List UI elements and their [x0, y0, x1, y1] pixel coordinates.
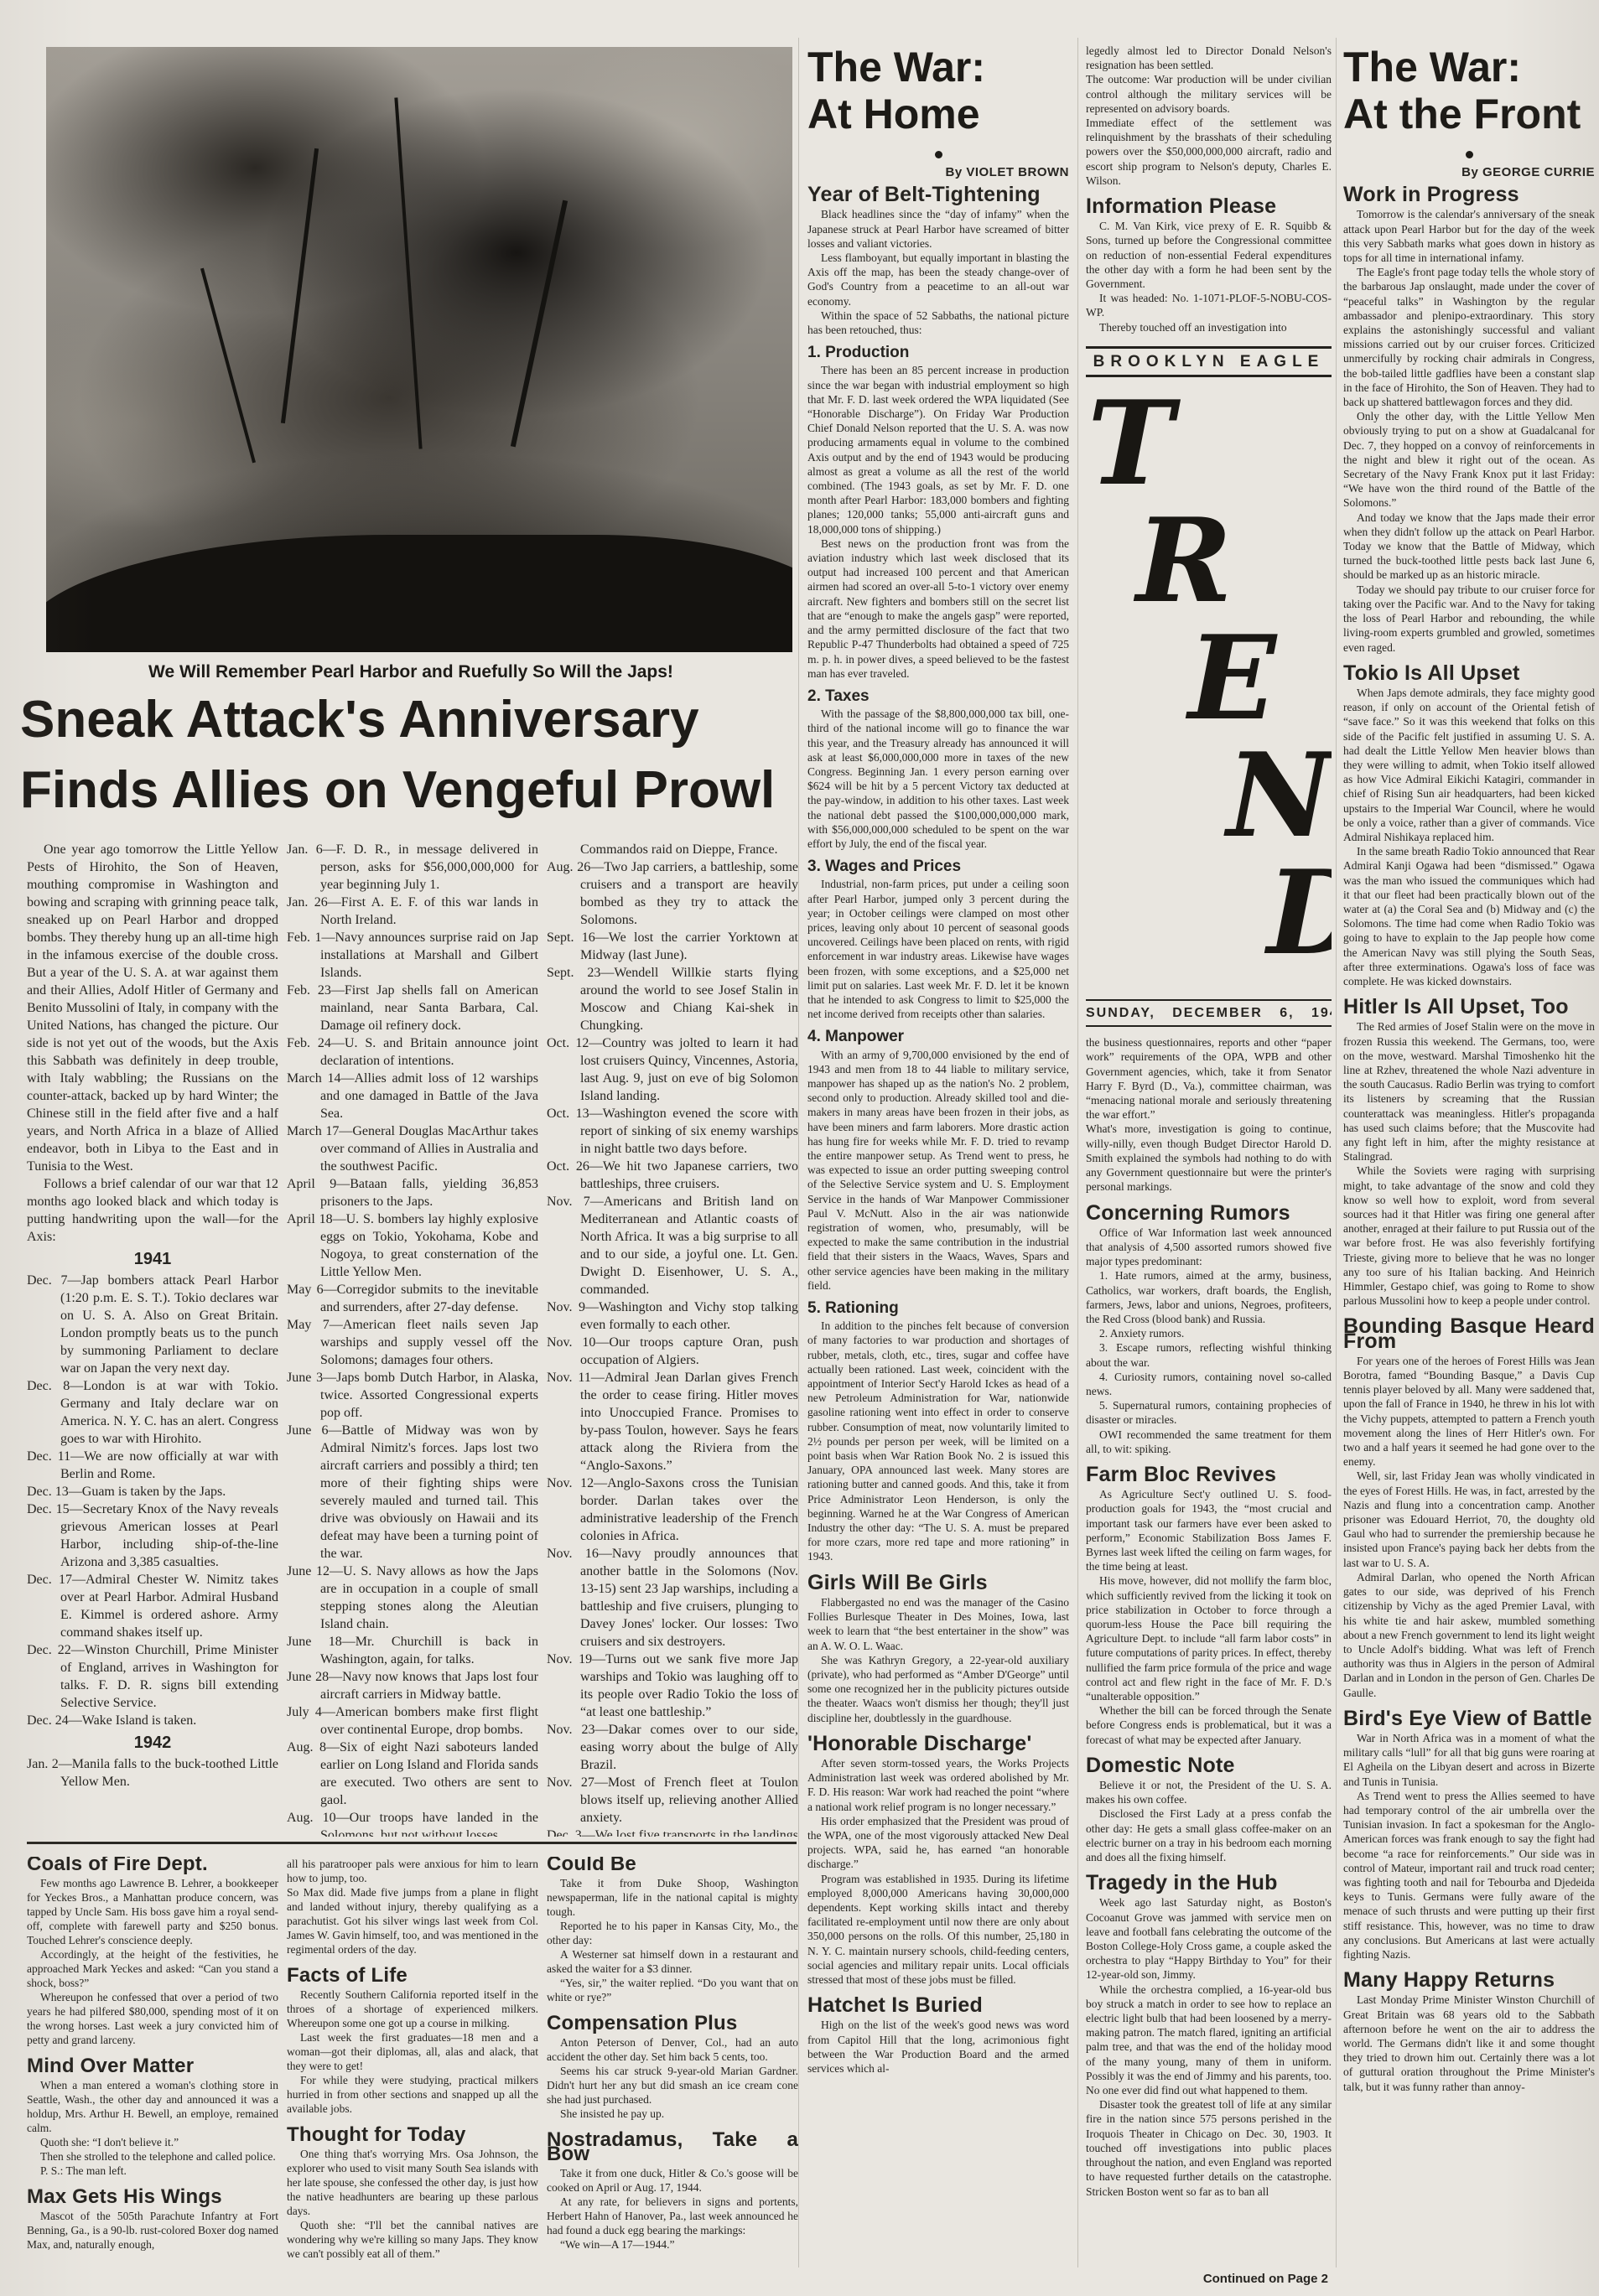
feature-paragraph: Quoth she: “I'll bet the cannibal native…: [287, 2218, 538, 2261]
section-body: With the passage of the $8,800,000,000 t…: [807, 707, 1069, 851]
section-heading-tokio: Tokio Is All Upset: [1343, 666, 1595, 681]
section-heading-tragedy: Tragedy in the Hub: [1086, 1876, 1332, 1890]
timeline-entry: Oct. 26—We hit two Japanese carriers, tw…: [547, 1158, 798, 1193]
body-paragraph: The outcome: War production will be unde…: [1086, 72, 1332, 116]
lead-column-3: Commandos raid on Dieppe, France. Aug. 2…: [547, 841, 798, 1837]
section-heading-max: Max Gets His Wings: [27, 2190, 278, 2204]
features-column-3: Could Be Take it from Duke Shoop, Washin…: [547, 1857, 798, 2293]
section-heading-information-please: Information Please: [1086, 200, 1332, 214]
timeline-1941: Dec. 7—Jap bombers attack Pearl Harbor (…: [27, 1272, 278, 1729]
timeline-entry: Nov. 23—Dakar comes over to our side, ea…: [547, 1721, 798, 1774]
body-paragraph: In addition to the pinches felt because …: [807, 1319, 1069, 1563]
body-paragraph: While the Soviets were raging with surpr…: [1343, 1164, 1595, 1308]
body-paragraph: As Trend went to press the Allies seemed…: [1343, 1789, 1595, 1962]
section-heading-facts: Facts of Life: [287, 1968, 538, 1982]
section-body: When a man entered a woman's clothing st…: [27, 2078, 278, 2178]
section-heading-could: Could Be: [547, 1857, 798, 1871]
section-heading-rationing: 5. Rationing: [807, 1301, 1069, 1315]
trend-letter-d: D: [1267, 855, 1332, 971]
section-body: High on the list of the week's good news…: [807, 2018, 1069, 2076]
section-body: Last Monday Prime Minister Winston Churc…: [1343, 1993, 1595, 2093]
timeline-entry: Nov. 19—Turns out we sank five more Jap …: [547, 1651, 798, 1721]
body-paragraph: It was headed: No. 1-1071-PLOF-5-NOBU-CO…: [1086, 291, 1332, 319]
section-body: The Red armies of Josef Stalin were on t…: [1343, 1019, 1595, 1308]
section-heading-returns: Many Happy Returns: [1343, 1973, 1595, 1988]
body-paragraph: Black headlines since the “day of infamy…: [807, 207, 1069, 251]
continued-on-page-2: Continued on Page 2: [1195, 2272, 1328, 2286]
timeline-entry: June 18—Mr. Churchill is back in Washing…: [287, 1633, 538, 1668]
column-rule: [1077, 38, 1078, 2267]
column-rule: [1336, 38, 1337, 2267]
ship-mast: [511, 200, 568, 448]
trend-letter-r: R: [1136, 503, 1233, 619]
timeline-entry: Aug. 8—Six of eight Nazi saboteurs lande…: [287, 1739, 538, 1809]
timeline-entry: April 18—U. S. bombers lay highly explos…: [287, 1210, 538, 1281]
byline-violet-brown: By VIOLET BROWN: [807, 165, 1069, 179]
timeline-entry: Oct. 13—Washington evened the score with…: [547, 1105, 798, 1158]
body-paragraph: Disaster took the greatest toll of life …: [1086, 2097, 1332, 2198]
timeline-entry: Dec. 15—Secretary Knox of the Navy revea…: [27, 1500, 278, 1571]
feature-paragraph: “We win—A 17—1944.”: [547, 2237, 798, 2252]
body-paragraph: C. M. Van Kirk, vice prexy of E. R. Squi…: [1086, 219, 1332, 291]
feature-paragraph: Take it from Duke Shoop, Washington news…: [547, 1876, 798, 1919]
feature-paragraph: So Max did. Made five jumps from a plane…: [287, 1885, 538, 1957]
timeline-entry: Dec. 11—We are now officially at war wit…: [27, 1448, 278, 1483]
timeline-entry: Oct. 12—Country was jolted to learn it h…: [547, 1034, 798, 1105]
section-body: In addition to the pinches felt because …: [807, 1319, 1069, 1563]
body-paragraph: Well, sir, last Friday Jean was wholly v…: [1343, 1469, 1595, 1569]
body-paragraph: legedly almost led to Director Donald Ne…: [1086, 44, 1332, 72]
section-body: War in North Africa was in a moment of w…: [1343, 1731, 1595, 1962]
trend-logo: T R E N D: [1086, 381, 1332, 999]
section-body: Mascot of the 505th Parachute Infantry a…: [27, 2209, 278, 2252]
section-body: Tomorrow is the calendar's anniversary o…: [1343, 207, 1595, 654]
section-heading-taxes: 2. Taxes: [807, 689, 1069, 703]
war-at-front-title-line2: At the Front: [1343, 91, 1595, 137]
body-paragraph: She was Kathryn Gregory, a 22-year-old a…: [807, 1653, 1069, 1725]
timeline-entry: Sept. 16—We lost the carrier Yorktown at…: [547, 929, 798, 964]
features-column-1: Coals of Fire Dept. Few months ago Lawre…: [27, 1857, 278, 2293]
timeline-entry: Nov. 27—Most of French fleet at Toulon b…: [547, 1774, 798, 1827]
date-line: SUNDAY, DECEMBER 6, 1942: [1086, 999, 1332, 1027]
war-at-front-column: The War: At the Front By GEORGE CURRIE W…: [1343, 44, 1595, 2294]
ship-mast: [281, 148, 319, 423]
ship-mast: [200, 268, 256, 464]
bullet-icon: [1466, 151, 1473, 158]
timeline-entry: June 28—Navy now knows that Japs lost fo…: [287, 1668, 538, 1703]
feature-paragraph: Take it from one duck, Hitler & Co.'s go…: [547, 2166, 798, 2195]
timeline-entry: Aug. 10—Our troops have landed in the So…: [287, 1809, 538, 1837]
section-body: When Japs demote admirals, they face mig…: [1343, 686, 1595, 988]
section-body: Anton Peterson of Denver, Col., had an a…: [547, 2035, 798, 2121]
section-body: Believe it or not, the President of the …: [1086, 1778, 1332, 1864]
feature-paragraph: Last week the first graduates—18 men and…: [287, 2030, 538, 2073]
trend-letter-n: N: [1227, 738, 1332, 853]
timeline-entry: Feb. 23—First Jap shells fall on America…: [287, 982, 538, 1034]
feature-paragraph: Reported he to his paper in Kansas City,…: [547, 1919, 798, 1947]
timeline-entry: Jan. 2—Manila falls to the buck-toothed …: [27, 1755, 278, 1791]
timeline-entry: Dec. 3—We lost five transports in the la…: [547, 1827, 798, 1837]
section-heading-compensation: Compensation Plus: [547, 2016, 798, 2030]
body-paragraph: Immediate effect of the settlement was r…: [1086, 116, 1332, 188]
section-body: One thing that's worrying Mrs. Osa Johns…: [287, 2147, 538, 2261]
feature-paragraph: One thing that's worrying Mrs. Osa Johns…: [287, 2147, 538, 2218]
rumor-list: 1. Hate rumors, aimed at the army, busin…: [1086, 1268, 1332, 1427]
timeline-entry: Dec. 24—Wake Island is taken.: [27, 1712, 278, 1729]
timeline-entry: April 9—Bataan falls, yielding 36,853 pr…: [287, 1175, 538, 1210]
feature-paragraph: She insisted he pay up.: [547, 2107, 798, 2121]
trend-column: legedly almost led to Director Donald Ne…: [1086, 44, 1332, 2294]
body-paragraph: Week ago last Saturday night, as Boston'…: [1086, 1895, 1332, 1982]
column-rule: [798, 38, 799, 2267]
body-paragraph: Industrial, non-farm prices, put under a…: [807, 877, 1069, 1021]
newspaper-page: We Will Remember Pearl Harbor and Rueful…: [0, 0, 1599, 2296]
section-body: Industrial, non-farm prices, put under a…: [807, 877, 1069, 1021]
body-paragraph: What's more, investigation is going to c…: [1086, 1122, 1332, 1194]
section-heading-honorable: 'Honorable Discharge': [807, 1737, 1069, 1751]
timeline-entry: May 7—American fleet nails seven Jap war…: [287, 1316, 538, 1369]
body-paragraph: Best news on the production front was fr…: [807, 536, 1069, 681]
body-paragraph: High on the list of the week's good news…: [807, 2018, 1069, 2076]
timeline-entry: Jan. 6—F. D. R., in message delivered in…: [287, 841, 538, 894]
section-body: Few months ago Lawrence B. Lehrer, a boo…: [27, 1876, 278, 2047]
section-body: Flabbergasted no end was the manager of …: [807, 1595, 1069, 1725]
section-heading-belt: Year of Belt-Tightening: [807, 188, 1069, 202]
body-paragraph: Office of War Information last week anno…: [1086, 1226, 1332, 1269]
timeline-entry: Feb. 24—U. S. and Britain announce joint…: [287, 1034, 538, 1070]
timeline-entry: Nov. 9—Washington and Vichy stop talking…: [547, 1298, 798, 1334]
feature-paragraph: Few months ago Lawrence B. Lehrer, a boo…: [27, 1876, 278, 1947]
body-paragraph: As Agriculture Sect'y outlined U. S. foo…: [1086, 1487, 1332, 1573]
main-headline-line1: Sneak Attack's Anniversary: [20, 690, 800, 749]
body-paragraph: In the same breath Radio Tokio announced…: [1343, 844, 1595, 988]
feature-paragraph: Mascot of the 505th Parachute Infantry a…: [27, 2209, 278, 2252]
body-paragraph: The Eagle's front page today tells the w…: [1343, 265, 1595, 409]
timeline-entry: June 12—U. S. Navy allows as how the Jap…: [287, 1563, 538, 1633]
timeline-entry: Nov. 11—Admiral Jean Darlan gives French…: [547, 1369, 798, 1475]
feature-paragraph: Seems his car struck 9-year-old Marian G…: [547, 2064, 798, 2107]
war-at-front-title-line1: The War:: [1343, 44, 1595, 91]
body-paragraph: And today we know that the Japs made the…: [1343, 511, 1595, 583]
section-body: There has been an 85 percent increase in…: [807, 363, 1069, 680]
lead-column-2: Jan. 6—F. D. R., in message delivered in…: [287, 841, 538, 1837]
body-paragraph: War in North Africa was in a moment of w…: [1343, 1731, 1595, 1789]
section-divider-rule: [27, 1842, 797, 1844]
intro-paragraph: One year ago tomorrow the Little Yellow …: [27, 841, 278, 1175]
section-heading-basque: Bounding Basque Heard From: [1343, 1319, 1595, 1348]
body-paragraph: When Japs demote admirals, they face mig…: [1343, 686, 1595, 844]
section-heading-nostradamus: Nostradamus, Take a Bow: [547, 2133, 798, 2161]
continuation-text: the business questionnaires, reports and…: [1086, 1035, 1332, 1194]
lead-intro: One year ago tomorrow the Little Yellow …: [27, 841, 278, 1246]
section-heading-hitler: Hitler Is All Upset, Too: [1343, 1000, 1595, 1014]
lead-column-1: One year ago tomorrow the Little Yellow …: [27, 841, 278, 1837]
feature-paragraph: Anton Peterson of Denver, Col., had an a…: [547, 2035, 798, 2064]
body-paragraph: After seven storm-tossed years, the Work…: [807, 1756, 1069, 1814]
section-heading-rumors: Concerning Rumors: [1086, 1206, 1332, 1221]
body-paragraph: Believe it or not, the President of the …: [1086, 1778, 1332, 1806]
section-heading-coals: Coals of Fire Dept.: [27, 1857, 278, 1871]
feature-paragraph: Recently Southern California reported it…: [287, 1988, 538, 2030]
body-paragraph: His move, however, did not mollify the f…: [1086, 1573, 1332, 1703]
year-heading-1941: 1941: [27, 1251, 278, 1268]
body-paragraph: Tomorrow is the calendar's anniversary o…: [1343, 207, 1595, 265]
section-heading-wages: 3. Wages and Prices: [807, 859, 1069, 873]
timeline-entry: July 4—American bombers make first fligh…: [287, 1703, 538, 1739]
feature-paragraph: Then she strolled to the telephone and c…: [27, 2149, 278, 2164]
intro-paragraph: Follows a brief calendar of our war that…: [27, 1175, 278, 1246]
section-body: After seven storm-tossed years, the Work…: [807, 1756, 1069, 1987]
body-paragraph: There has been an 85 percent increase in…: [807, 363, 1069, 536]
timeline-entry: Aug. 26—Two Jap carriers, a battleship, …: [547, 858, 798, 929]
body-paragraph: OWI recommended the same treatment for t…: [1086, 1428, 1332, 1456]
war-at-home-title-line1: The War:: [807, 44, 1069, 91]
year-heading-1942: 1942: [27, 1734, 278, 1752]
timeline-continuation: Commandos raid on Dieppe, France.: [547, 841, 798, 858]
section-body: With an army of 9,700,000 envisioned by …: [807, 1048, 1069, 1293]
continuation-text: legedly almost led to Director Donald Ne…: [1086, 44, 1332, 188]
feature-paragraph: P. S.: The man left.: [27, 2164, 278, 2178]
timeline-entry: Nov. 7—Americans and British land on Med…: [547, 1193, 798, 1298]
publication-name: BROOKLYN EAGLE: [1086, 346, 1332, 377]
rumor-item: 1. Hate rumors, aimed at the army, busin…: [1086, 1268, 1332, 1326]
section-continuation: all his paratrooper pals were anxious fo…: [287, 1857, 538, 1957]
feature-paragraph: Quoth she: “I don't believe it.”: [27, 2135, 278, 2149]
section-heading-production: 1. Production: [807, 345, 1069, 360]
section-heading-thought: Thought for Today: [287, 2128, 538, 2142]
timeline-entry: Feb. 1—Navy announces surprise raid on J…: [287, 929, 538, 982]
section-body: As Agriculture Sect'y outlined U. S. foo…: [1086, 1487, 1332, 1747]
body-paragraph: Program was established in 1935. During …: [807, 1872, 1069, 1988]
timeline-entry: March 17—General Douglas MacArthur takes…: [287, 1122, 538, 1175]
timeline-entry: Nov. 12—Anglo-Saxons cross the Tunisian …: [547, 1475, 798, 1545]
main-headline-line2: Finds Allies on Vengeful Prowl: [20, 760, 800, 820]
body-paragraph: The Red armies of Josef Stalin were on t…: [1343, 1019, 1595, 1164]
feature-paragraph: all his paratrooper pals were anxious fo…: [287, 1857, 538, 1885]
byline-george-currie: By GEORGE CURRIE: [1343, 165, 1595, 179]
ship-mast: [394, 97, 422, 448]
feature-paragraph: Accordingly, at the height of the festiv…: [27, 1947, 278, 1990]
bullet-icon: [935, 151, 942, 158]
section-heading-bird: Bird's Eye View of Battle: [1343, 1712, 1595, 1726]
timeline-entry: Nov. 10—Our troops capture Oran, push oc…: [547, 1334, 798, 1369]
war-at-home-column: The War: At Home By VIOLET BROWN Year of…: [807, 44, 1069, 2294]
features-column-2: all his paratrooper pals were anxious fo…: [287, 1857, 538, 2293]
feature-paragraph: At any rate, for believers in signs and …: [547, 2195, 798, 2237]
body-paragraph: For years one of the heroes of Forest Hi…: [1343, 1354, 1595, 1469]
feature-paragraph: A Westerner sat himself down in a restau…: [547, 1947, 798, 1976]
feature-paragraph: “Yes, sir,” the waiter replied. “Do you …: [547, 1976, 798, 2004]
feature-paragraph: When a man entered a woman's clothing st…: [27, 2078, 278, 2135]
body-paragraph: Admiral Darlan, who opened the North Afr…: [1343, 1570, 1595, 1700]
body-paragraph: the business questionnaires, reports and…: [1086, 1035, 1332, 1122]
timeline-entry: Dec. 17—Admiral Chester W. Nimitz takes …: [27, 1571, 278, 1641]
timeline-entry: Dec. 8—London is at war with Tokio. Germ…: [27, 1377, 278, 1448]
ship-hull: [46, 535, 792, 652]
body-paragraph: With the passage of the $8,800,000,000 t…: [807, 707, 1069, 851]
timeline-entry: Dec. 13—Guam is taken by the Japs.: [27, 1483, 278, 1500]
war-at-home-title-line2: At Home: [807, 91, 1069, 137]
body-paragraph: His order emphasized that the President …: [807, 1814, 1069, 1872]
body-paragraph: Disclosed the First Lady at a press conf…: [1086, 1806, 1332, 1864]
trend-letter-e: E: [1188, 620, 1276, 736]
section-heading-work: Work in Progress: [1343, 188, 1595, 202]
section-body: Week ago last Saturday night, as Boston'…: [1086, 1895, 1332, 2198]
trend-column-flow: legedly almost led to Director Donald Ne…: [1086, 44, 1332, 2294]
section-heading-girls: Girls Will Be Girls: [807, 1576, 1069, 1590]
timeline-entry: Nov. 16—Navy proudly announces that anot…: [547, 1545, 798, 1651]
rumor-item: 4. Curiosity rumors, containing novel so…: [1086, 1370, 1332, 1398]
section-body: Take it from one duck, Hitler & Co.'s go…: [547, 2166, 798, 2252]
rumor-item: 2. Anxiety rumors.: [1086, 1326, 1332, 1340]
rumor-item: 5. Supernatural rumors, containing proph…: [1086, 1398, 1332, 1427]
section-body: Black headlines since the “day of infamy…: [807, 207, 1069, 337]
photo-caption: We Will Remember Pearl Harbor and Rueful…: [29, 662, 792, 682]
section-heading-domestic: Domestic Note: [1086, 1759, 1332, 1773]
section-heading-mind: Mind Over Matter: [27, 2059, 278, 2073]
section-heading-hatchet: Hatchet Is Buried: [807, 1998, 1069, 2013]
section-body: C. M. Van Kirk, vice prexy of E. R. Squi…: [1086, 219, 1332, 334]
timeline-entry: June 6—Battle of Midway was won by Admir…: [287, 1422, 538, 1563]
section-body: For years one of the heroes of Forest Hi…: [1343, 1354, 1595, 1700]
body-paragraph: Less flamboyant, but equally important i…: [807, 251, 1069, 308]
timeline-entry: Dec. 22—Winston Churchill, Prime Ministe…: [27, 1641, 278, 1712]
timeline-entry: March 14—Allies admit loss of 12 warship…: [287, 1070, 538, 1122]
timeline-entry: Sept. 23—Wendell Willkie starts flying a…: [547, 964, 798, 1034]
timeline-col3: Aug. 26—Two Jap carriers, a battleship, …: [547, 858, 798, 1837]
section-body: Recently Southern California reported it…: [287, 1988, 538, 2116]
body-paragraph: Thereby touched off an investigation int…: [1086, 320, 1332, 334]
body-paragraph: Only the other day, with the Little Yell…: [1343, 409, 1595, 510]
body-paragraph: Whether the bill can be forced through t…: [1086, 1703, 1332, 1747]
feature-paragraph: Whereupon he confessed that over a perio…: [27, 1990, 278, 2047]
timeline-entry: May 6—Corregidor submits to the inevitab…: [287, 1281, 538, 1316]
timeline-entry: Jan. 26—First A. E. F. of this war lands…: [287, 894, 538, 929]
timeline-entry: June 3—Japs bomb Dutch Harbor, in Alaska…: [287, 1369, 538, 1422]
body-paragraph: Last Monday Prime Minister Winston Churc…: [1343, 1993, 1595, 2093]
body-paragraph: Today we should pay tribute to our cruis…: [1343, 583, 1595, 655]
timeline-1942: Jan. 2—Manila falls to the buck-toothed …: [27, 1755, 278, 1791]
trend-letter-t: T: [1088, 386, 1174, 501]
body-paragraph: Flabbergasted no end was the manager of …: [807, 1595, 1069, 1653]
timeline-col2: Jan. 6—F. D. R., in message delivered in…: [287, 841, 538, 1837]
section-body: Take it from Duke Shoop, Washington news…: [547, 1876, 798, 2004]
pearl-harbor-photo: [46, 47, 792, 652]
rumor-item: 3. Escape rumors, reflecting wishful thi…: [1086, 1340, 1332, 1369]
body-paragraph: Within the space of 52 Sabbaths, the nat…: [807, 308, 1069, 337]
body-paragraph: While the orchestra complied, a 16-year-…: [1086, 1982, 1332, 2098]
body-paragraph: With an army of 9,700,000 envisioned by …: [807, 1048, 1069, 1293]
section-heading-farm: Farm Bloc Revives: [1086, 1468, 1332, 1482]
timeline-entry: Dec. 7—Jap bombers attack Pearl Harbor (…: [27, 1272, 278, 1377]
feature-paragraph: For while they were studying, practical …: [287, 2073, 538, 2116]
section-heading-manpower: 4. Manpower: [807, 1029, 1069, 1044]
